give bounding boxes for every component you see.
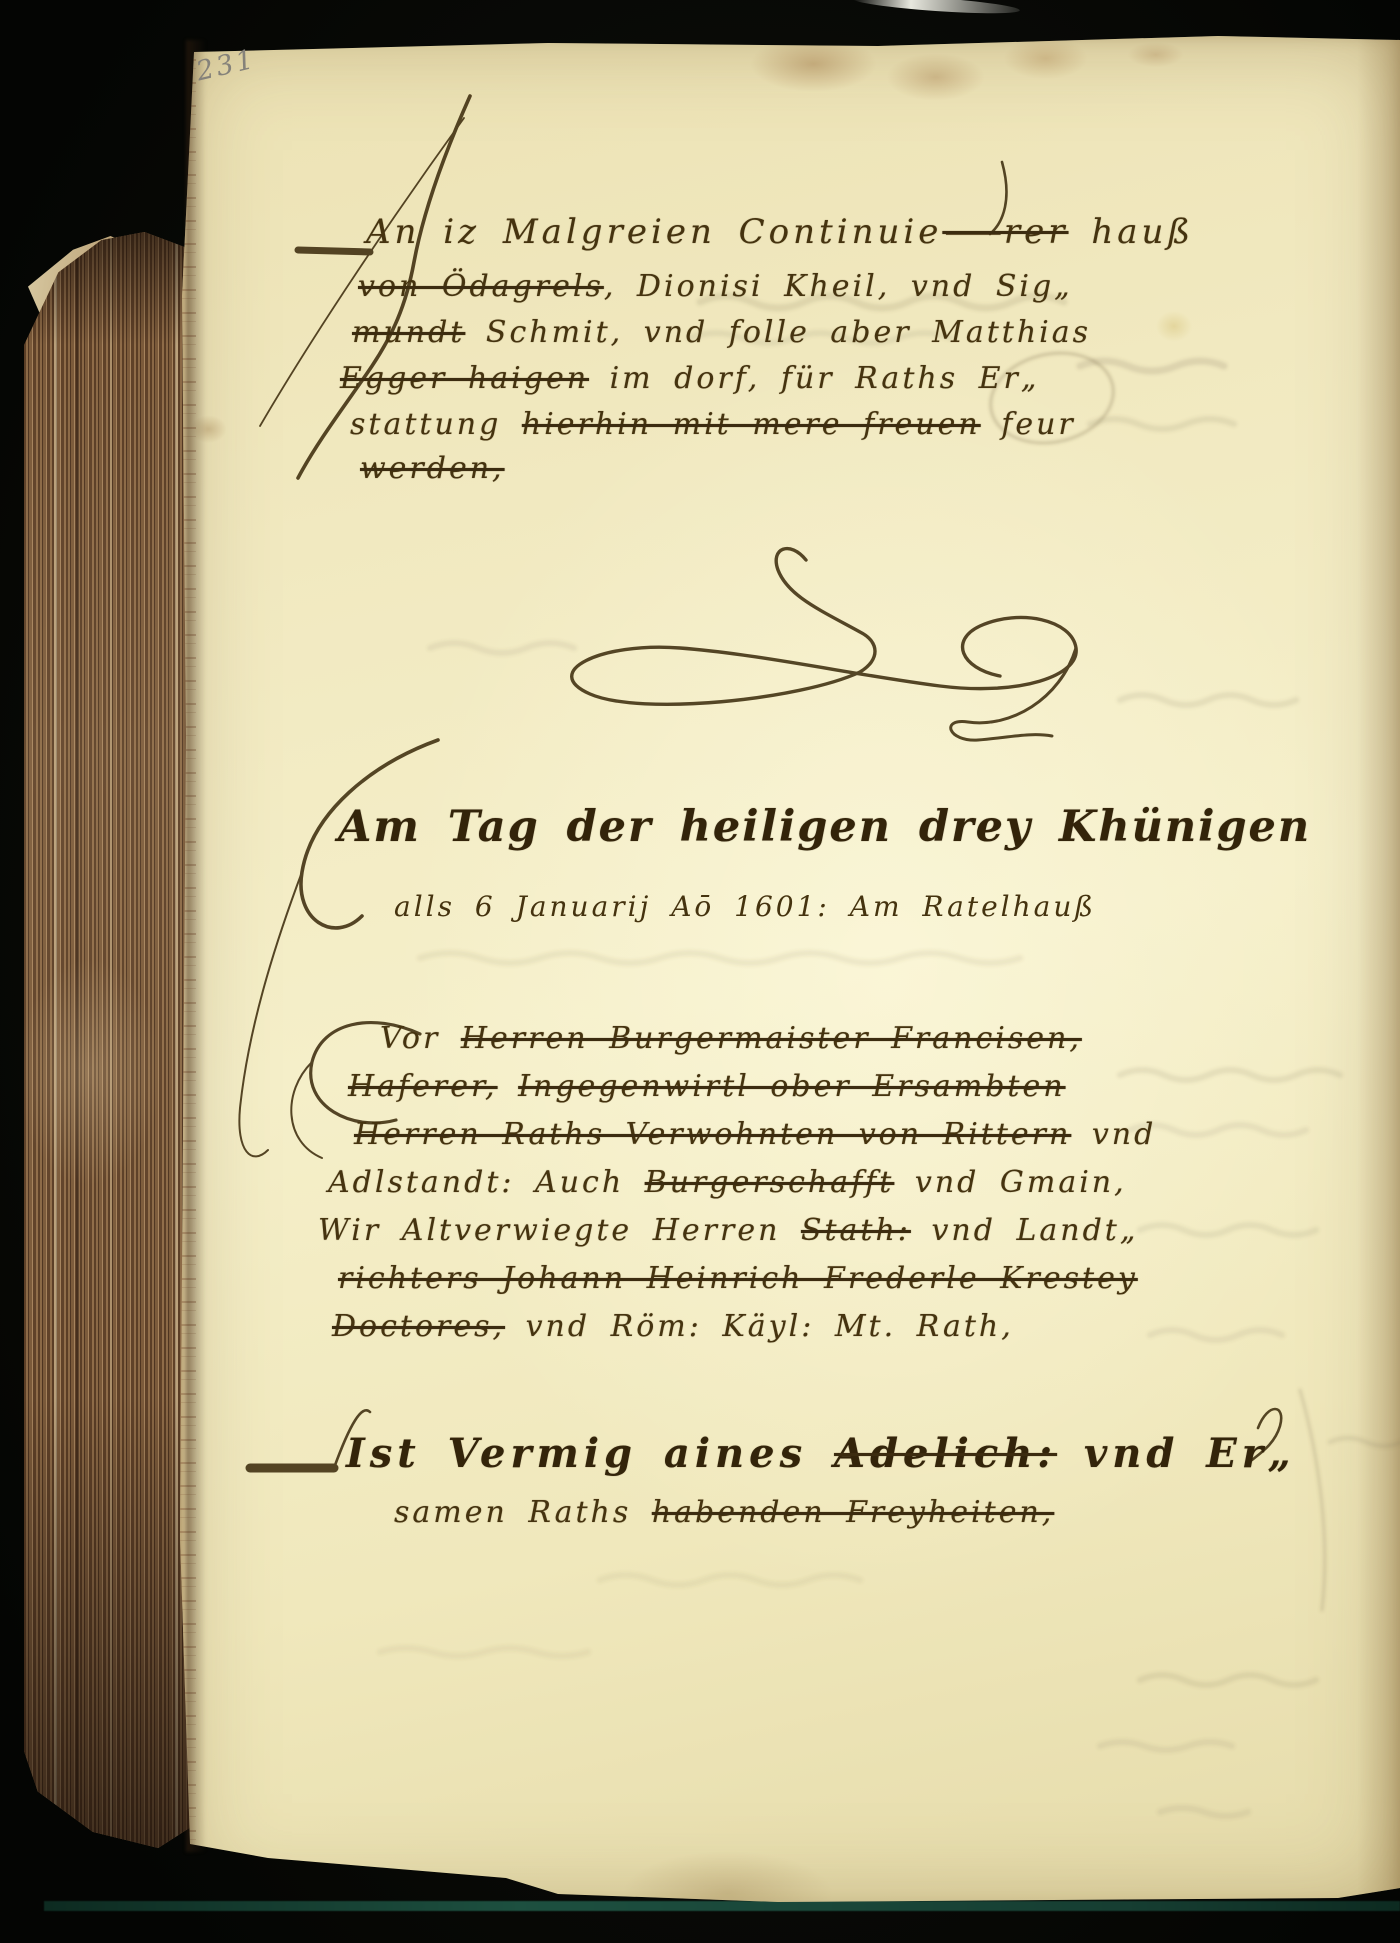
struck-text-segment: werden, xyxy=(360,451,505,486)
table-edge-strip xyxy=(44,1901,1400,1911)
manuscript-line: Ist Vermig aines Adelich: vnd Er„ xyxy=(346,1432,1296,1476)
manuscript-line: Doctores, vnd Röm: Käyl: Mt. Rath, xyxy=(332,1310,1014,1343)
manuscript-line: samen Raths habenden Freyheiten, xyxy=(394,1496,1054,1529)
manuscript-text-segment: vnd xyxy=(1071,1117,1156,1152)
manuscript-text-segment: vnd Gmain, xyxy=(894,1165,1126,1200)
manuscript-text-segment: vnd Röm: Käyl: Mt. Rath, xyxy=(505,1309,1014,1344)
manuscript-line: mundt Schmit, vnd folle aber Matthias xyxy=(352,316,1091,349)
struck-text-segment: Doctores, xyxy=(332,1309,505,1344)
struck-text-segment: Ingegenwirtl ober Ersambten xyxy=(518,1069,1065,1104)
manuscript-heading: Am Tag der heiligen drey Khünigen xyxy=(338,802,1311,852)
manuscript-subheading: alls 6 Januarij Aō 1601: Am Ratelhauß xyxy=(394,890,1096,923)
manuscript-line: stattung hierhin mit mere freuen feur xyxy=(350,408,1076,441)
manuscript-line: Egger haigen im dorf, für Raths Er„ xyxy=(340,362,1039,395)
struck-text-segment: Stath: xyxy=(801,1213,911,1248)
manuscript-text-segment: Vor xyxy=(380,1021,461,1056)
manuscript-text-segment: im dorf, für Raths Er„ xyxy=(589,361,1039,396)
struck-text-segment: Egger haigen xyxy=(340,361,589,396)
struck-text-segment: Herren Burgermaister Francisen, xyxy=(461,1021,1082,1056)
manuscript-text-segment: Adlstandt: Auch xyxy=(328,1165,645,1200)
struck-text-segment: Herren Raths Verwohnten von Rittern xyxy=(354,1117,1071,1152)
manuscript-text-segment: vnd Er„ xyxy=(1057,1430,1296,1477)
binding-seam-shadow xyxy=(186,40,206,1852)
struck-text-segment: ⸺rer xyxy=(942,212,1068,252)
struck-text-segment: richters Johann Heinrich Frederle Kreste… xyxy=(338,1261,1138,1296)
manuscript-line: Adlstandt: Auch Burgerschafft vnd Gmain, xyxy=(328,1166,1127,1199)
struck-text-segment: Burgerschafft xyxy=(645,1165,895,1200)
manuscript-line: richters Johann Heinrich Frederle Kreste… xyxy=(338,1262,1138,1295)
manuscript-text-segment: Schmit, vnd folle aber Matthias xyxy=(465,315,1091,350)
struck-text-segment: habenden Freyheiten, xyxy=(652,1495,1055,1530)
manuscript-text-segment: hauß xyxy=(1069,212,1195,252)
manuscript-text-segment: samen Raths xyxy=(394,1495,652,1530)
manuscript-text-segment: feur xyxy=(981,407,1076,442)
book-fore-edge-pages xyxy=(24,232,196,1848)
struck-text-segment: hierhin mit mere freuen xyxy=(522,407,981,442)
manuscript-line: Wir Altverwiegte Herren Stath: vnd Landt… xyxy=(318,1214,1138,1247)
manuscript-text-segment: , Dionisi Kheil, vnd Sig„ xyxy=(604,269,1073,304)
manuscript-line: von Ödagrels, Dionisi Kheil, vnd Sig„ xyxy=(358,270,1073,303)
manuscript-text-segment: stattung xyxy=(350,407,522,442)
struck-text-segment: mundt xyxy=(352,315,465,350)
struck-text-segment: von Ödagrels xyxy=(358,269,604,304)
manuscript-text-segment: Ist Vermig aines xyxy=(346,1430,834,1477)
manuscript-text-segment: An iz Malgreien Continuie xyxy=(366,212,942,252)
manuscript-line: werden, xyxy=(360,452,505,485)
manuscript-line: Haferer, Ingegenwirtl ober Ersambten xyxy=(348,1070,1066,1103)
manuscript-line: Herren Raths Verwohnten von Rittern vnd xyxy=(354,1118,1156,1151)
manuscript-text-segment: vnd Landt„ xyxy=(911,1213,1138,1248)
photograph-of-manuscript: 231 An iz Malgreien Continuie⸺rer haußvo… xyxy=(0,0,1400,1943)
struck-text-segment: Adelich: xyxy=(834,1430,1057,1477)
light-streak xyxy=(852,0,1020,17)
manuscript-text-segment: Wir Altverwiegte Herren xyxy=(318,1213,801,1248)
manuscript-line: Vor Herren Burgermaister Francisen, xyxy=(380,1022,1082,1055)
manuscript-text-segment xyxy=(498,1069,519,1104)
struck-text-segment: Haferer, xyxy=(348,1069,498,1104)
manuscript-line: An iz Malgreien Continuie⸺rer hauß xyxy=(366,214,1194,251)
